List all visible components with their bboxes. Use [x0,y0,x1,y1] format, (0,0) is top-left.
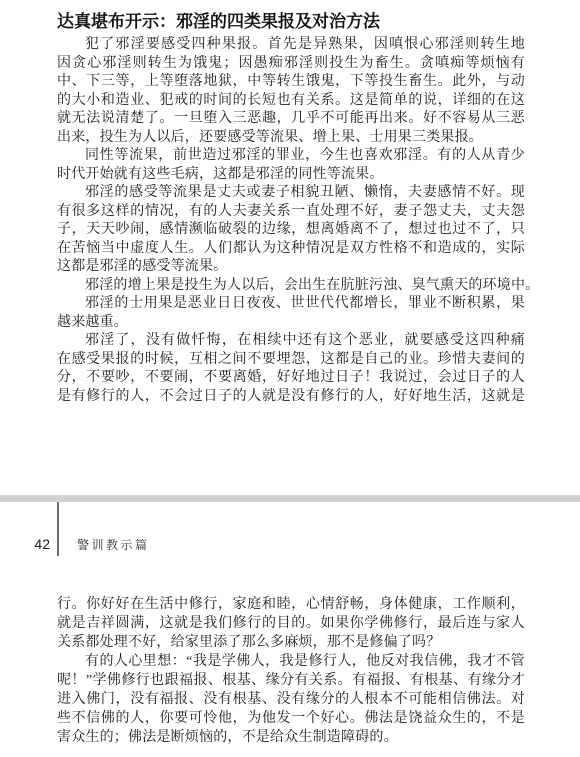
body-line: 越来越重。 [57,314,525,333]
body-line: 这都是邪淫的感受等流果。 [57,258,525,277]
body-line: 时代开始就有这些毛病，这都是邪淫的同性等流果。 [57,166,525,185]
body-line: 就无法说清楚了。一旦堕入三恶趣，几乎不可能再出来。好不容易从三恶道 [57,110,525,129]
page2-body: 行。你好好在生活中修行，家庭和睦，心情舒畅，身体健康，工作顺利，这 就是吉祥圆满… [57,595,525,747]
body-line: 就是吉祥圆满，这就是我们修行的目的。如果你学佛修行，最后连与家人的 [57,614,525,633]
body-line: 因贪心邪淫则转生为饿鬼；因愚痴邪淫则投生为畜生。贪嗔痴等烦恼有上、 [57,55,525,74]
body-line: 邪淫的感受等流果是丈夫或妻子相貌丑陋、懒惰，夫妻感情不好。现在 [57,184,525,203]
body-line: 有的人心里想：“我是学佛人，我是修行人，他反对我信佛，我才不管他 [57,652,525,671]
body-line: 是有修行的人，不会过日子的人就是没有修行的人，好好地生活，这就是修 [57,388,525,407]
page-separator [0,495,580,502]
body-line: 中、下三等，上等堕落地狱，中等转生饿鬼，下等投生畜生。此外，与动机 [57,73,525,92]
body-line: 邪淫的增上果是投生为人以后，会出生在肮脏污浊、臭气熏天的环境中。 [57,277,525,296]
body-line: 分，不要吵，不要闹，不要离婚，好好地过日子！我说过，会过日子的人就 [57,369,525,388]
body-line: 同性等流果，前世造过邪淫的罪业，今生也喜欢邪淫。有的人从青少年 [57,147,525,166]
document-title: 达真堪布开示：邪淫的四类果报及对治方法 [57,9,537,35]
body-line: 害众生的；佛法是断烦恼的，不是给众生制造障碍的。 [57,728,525,747]
body-line: 有很多这样的情况，有的人夫妻关系一直处理不好，妻子怨丈夫，丈夫怨妻 [57,203,525,222]
body-line: 邪淫的士用果是恶业日日夜夜、世世代代都增长，罪业不断积累，果报 [57,295,525,314]
body-line: 行。你好好在生活中修行，家庭和睦，心情舒畅，身体健康，工作顺利，这 [57,595,525,614]
body-line: 关系都处理不好，给家里添了那么多麻烦，那不是修偏了吗？ [57,633,525,652]
body-line: 在感受果报的时候，互相之间不要埋怨，这都是自己的业。珍惜夫妻间的缘 [57,351,525,370]
page-header-rule [57,502,59,556]
section-title: 警训教示篇 [77,538,150,553]
body-line: 呢！”学佛修行也跟福报、根基、缘分有关系。有福报、有根基、有缘分才能 [57,671,525,690]
body-line: 子，天天吵闹，感情濒临破裂的边缘，想离婚离不了，想过也过不了，只有 [57,221,525,240]
body-line: 犯了邪淫要感受四种果报。首先是异熟果，因嗔恨心邪淫则转生地狱； [57,36,525,55]
body-line: 的大小和造业、犯戒的时间的长短也有关系。这是简单的说，详细的在这里 [57,92,525,111]
page1-body: 犯了邪淫要感受四种果报。首先是异熟果，因嗔恨心邪淫则转生地狱； 因贪心邪淫则转生… [57,36,525,406]
body-line: 在苦恼当中虚度人生。人们都认为这种情况是双方性格不和造成的，实际上， [57,240,525,259]
body-line: 邪淫了，没有做忏悔，在相续中还有这个恶业，就要感受这四种痛苦。 [57,332,525,351]
body-line: 出来，投生为人以后，还要感受等流果、增上果、士用果三类果报。 [57,129,525,148]
page-number: 42 [14,535,50,554]
body-line: 进入佛门，没有福报、没有根基、没有缘分的人根本不可能相信佛法。对那 [57,690,525,709]
body-line: 些不信佛的人，你要可怜他，为他发一个好心。佛法是饶益众生的，不是伤 [57,709,525,728]
